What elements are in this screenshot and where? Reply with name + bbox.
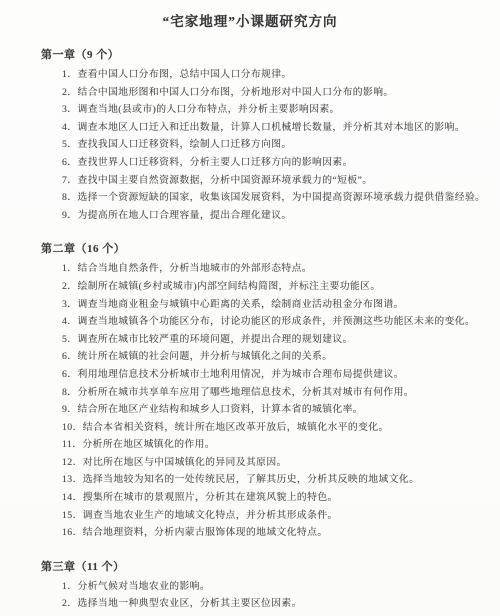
chapter-heading: 第二章（16 个） (41, 242, 500, 257)
list-item: 6．统计所在城镇的社会问题，并分析与城镇化之间的关系。 (62, 348, 500, 366)
chapter-items: 1．查看中国人口分布图，总结中国人口分布规律。 2．结合中国地形图和中国人口分布… (0, 66, 500, 224)
chapter-section: 第一章（9 个） 1．查看中国人口分布图，总结中国人口分布规律。 2．结合中国地… (0, 48, 500, 224)
chapter-items: 1．分析气候对当地农业的影响。 2．选择当地一种典型农业区，分析其主要区位因素。 (0, 578, 500, 613)
list-item: 3．调查当地商业租金与城镇中心距离的关系，绘制商业活动租金分布图谱。 (62, 296, 500, 314)
sections-container: 第一章（9 个） 1．查看中国人口分布图，总结中国人口分布规律。 2．结合中国地… (0, 48, 500, 613)
list-item: 12．对比所在地区与中国城镇化的异同及其原因。 (62, 454, 500, 472)
chapter-heading: 第一章（9 个） (41, 48, 500, 63)
chapter-section: 第二章（16 个） 1．结合当地自然条件，分析当地城市的外部形态特点。 2．绘制… (0, 242, 500, 542)
list-item: 1．结合当地自然条件，分析当地城市的外部形态特点。 (62, 260, 500, 278)
page-title: “宅家地理”小课题研究方向 (0, 13, 500, 30)
list-item: 16．结合地理资料，分析内蒙古服饰体现的地域文化特点。 (62, 524, 500, 542)
list-item: 2．结合中国地形图和中国人口分布图，分析地形对中国人口分布的影响。 (62, 84, 500, 102)
list-item: 6．查找世界人口迁移资料，分析主要人口迁移方向的影响因素。 (62, 154, 500, 172)
list-item: 10．结合本省相关资料，统计所在地区改革开放后，城镇化水平的变化。 (62, 419, 500, 437)
document-page: “宅家地理”小课题研究方向 第一章（9 个） 1．查看中国人口分布图，总结中国人… (0, 0, 500, 616)
list-item: 13．选择当地较为知名的一处传统民居，了解其历史，分析其反映的地域文化。 (62, 471, 500, 489)
list-item: 5．调查所在城市比较严重的环境问题，并提出合理的规划建议。 (62, 331, 500, 349)
list-item: 8．选择一个资源短缺的国家，收集该国发展资料，为中国提高资源环境承载力提供借鉴经… (62, 189, 500, 207)
list-item: 6．利用地理信息技术分析城市土地利用情况，并为城市合理布局提供建议。 (62, 366, 500, 384)
list-item: 2．绘制所在城镇(乡村或城市)内部空间结构简图，并标注主要功能区。 (62, 278, 500, 296)
chapter-section: 第三章（11 个） 1．分析气候对当地农业的影响。 2．选择当地一种典型农业区，… (0, 560, 500, 613)
list-item: 1．分析气候对当地农业的影响。 (62, 578, 500, 596)
list-item: 8．分析所在城市共享单车应用了哪些地理信息技术，分析其对城市有何作用。 (62, 384, 500, 402)
chapter-heading: 第三章（11 个） (41, 560, 500, 575)
list-item: 7．查找中国主要自然资源数据，分析中国资源环境承载力的“短板”。 (62, 172, 500, 190)
list-item: 3．调查当地(县或市)的人口分布特点，并分析主要影响因素。 (62, 101, 500, 119)
list-item: 9．为提高所在地人口合理容量，提出合理化建议。 (62, 207, 500, 225)
chapter-items: 1．结合当地自然条件，分析当地城市的外部形态特点。 2．绘制所在城镇(乡村或城市… (0, 260, 500, 542)
list-item: 14．搜集所在城市的景观照片，分析其在建筑风貌上的特色。 (62, 489, 500, 507)
list-item: 1．查看中国人口分布图，总结中国人口分布规律。 (62, 66, 500, 84)
list-item: 11．分析所在地区城镇化的作用。 (62, 436, 500, 454)
list-item: 2．选择当地一种典型农业区，分析其主要区位因素。 (62, 595, 500, 613)
list-item: 4．调查当地城镇各个功能区分布，讨论功能区的形成条件，并预测这些功能区未来的变化… (62, 313, 500, 331)
list-item: 9．结合所在地区产业结构和城乡人口资料，计算本省的城镇化率。 (62, 401, 500, 419)
list-item: 15．调查当地农业生产的地域文化特点，并分析其形成条件。 (62, 507, 500, 525)
list-item: 5．查找我国人口迁移资料，绘制人口迁移方向图。 (62, 136, 500, 154)
list-item: 4．调查本地区人口迁入和迁出数量，计算人口机械增长数量，并分析其对本地区的影响。 (62, 119, 500, 137)
